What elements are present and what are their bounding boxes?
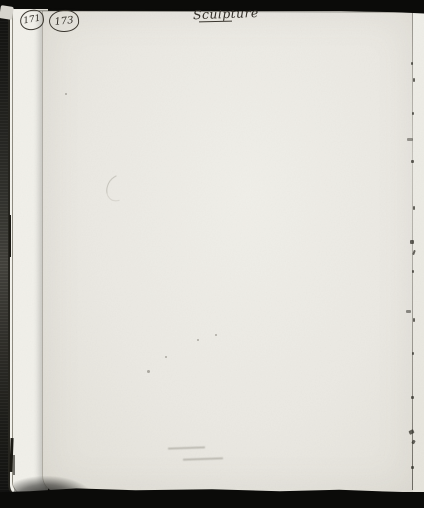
page-number-right: 173 — [54, 15, 74, 28]
main-page — [42, 11, 414, 492]
gutter-speck — [412, 112, 414, 115]
gutter-speck — [413, 206, 415, 210]
paper-speck — [215, 334, 217, 336]
page-edge-mark — [13, 455, 15, 475]
paper-speck — [197, 339, 199, 341]
page-corner-fragment — [0, 5, 14, 20]
under-page-edge-inner — [12, 11, 45, 494]
gutter-speck — [411, 466, 414, 469]
notebook-scan: 171 173 Sculpture — [0, 0, 424, 508]
paper-speck — [65, 93, 67, 95]
gutter-speck — [407, 138, 413, 141]
gutter-speck — [412, 270, 414, 273]
gutter-speck — [413, 318, 415, 322]
gutter-speck — [412, 352, 414, 355]
page-edge-mark — [9, 215, 11, 257]
paper-speck — [147, 370, 150, 373]
gutter-speck — [411, 62, 413, 65]
gutter-speck — [406, 310, 411, 313]
gutter-speck — [410, 240, 414, 244]
gutter-speck — [413, 78, 415, 82]
gutter-speck — [411, 396, 414, 399]
gutter-speck — [411, 160, 414, 163]
paper-speck — [165, 356, 167, 358]
page-number-left: 171 — [23, 14, 42, 27]
